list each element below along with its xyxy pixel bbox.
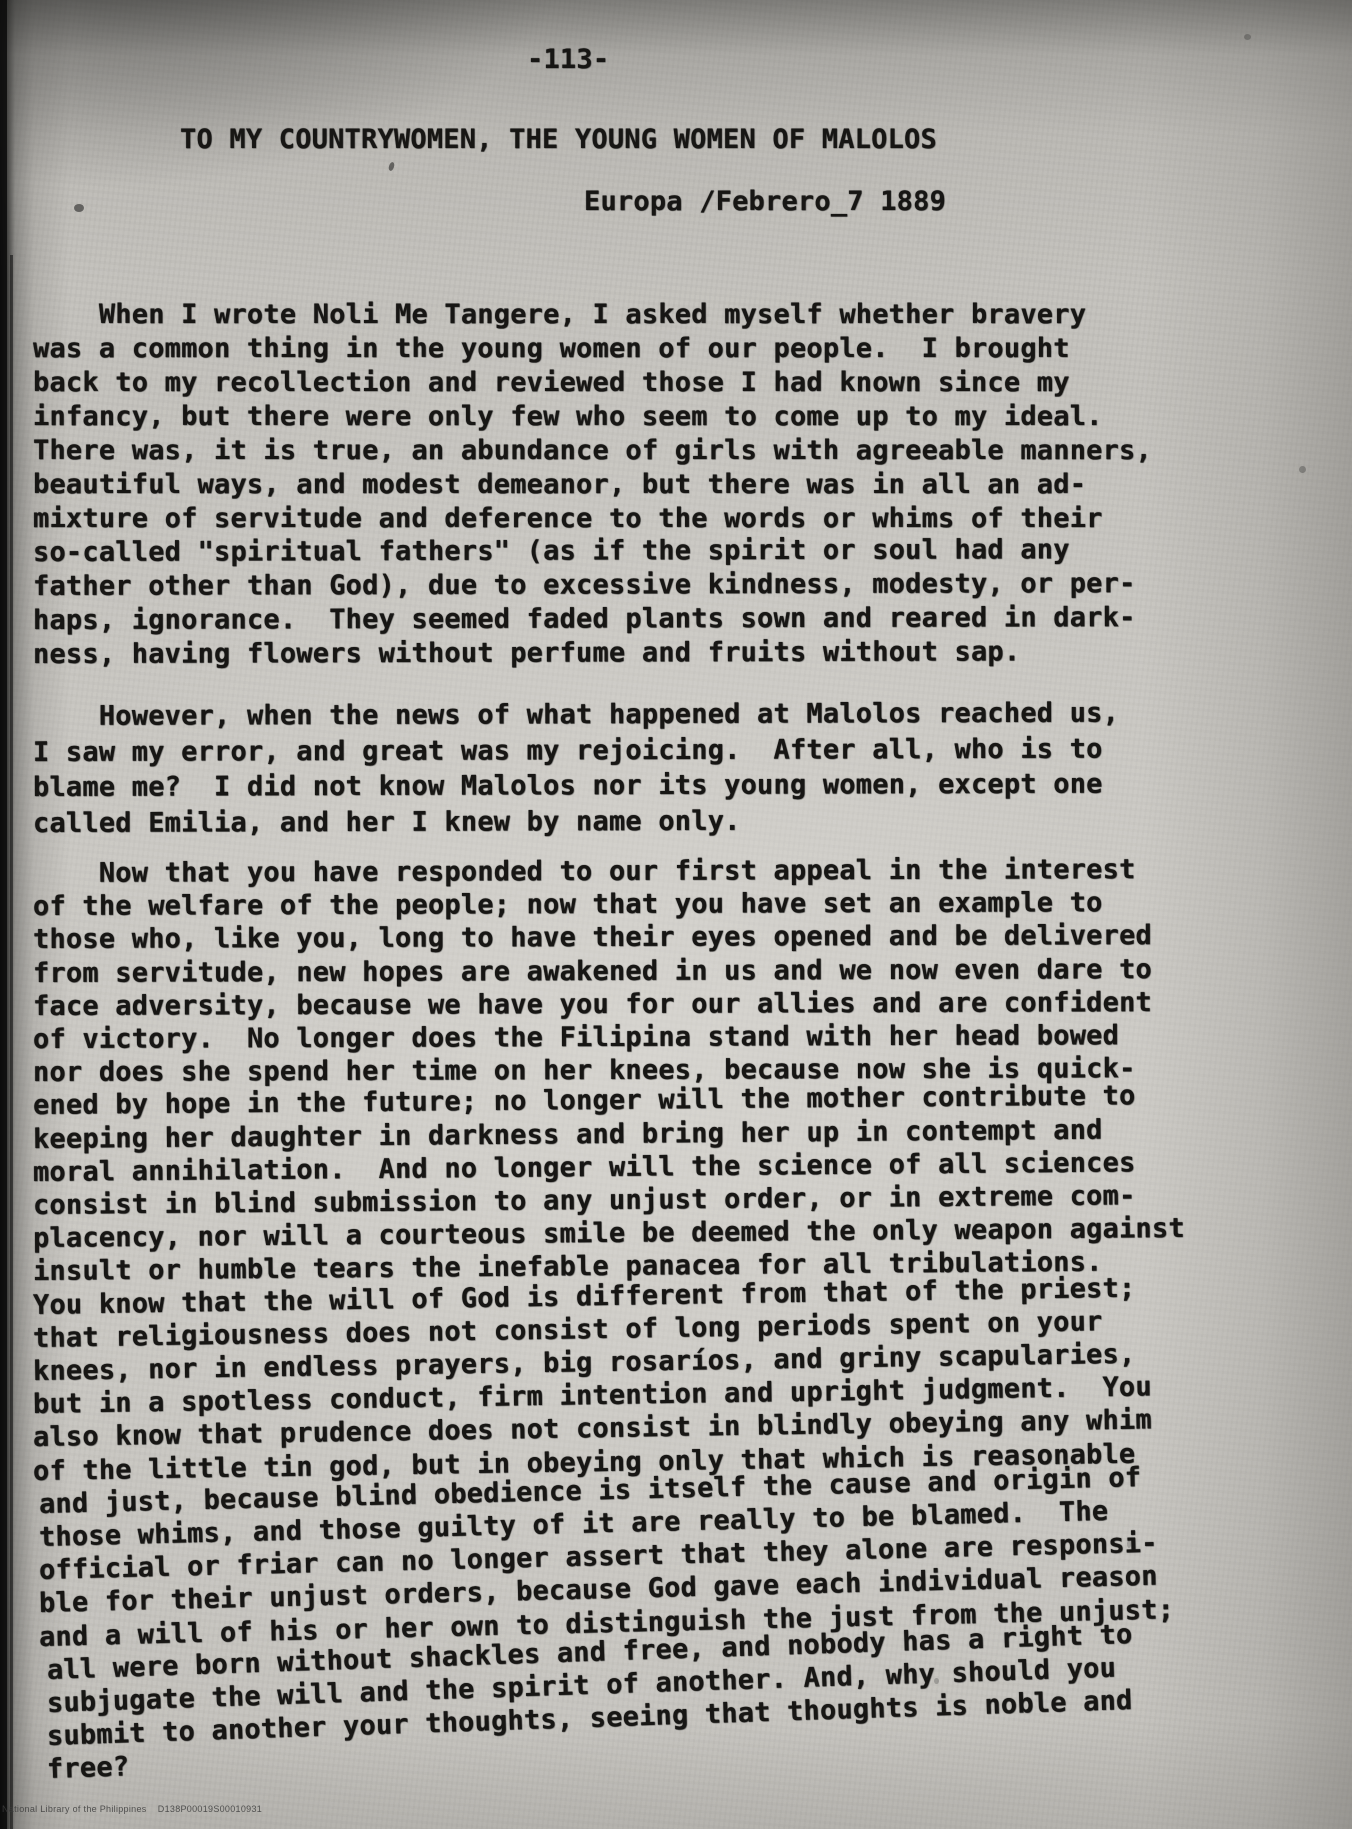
ink-speck — [1244, 34, 1251, 40]
typed-line: those who, like you, long to have their … — [33, 919, 1185, 956]
typed-line: of the welfare of the people; now that y… — [33, 886, 1185, 923]
page-number: -113- — [527, 44, 609, 75]
paragraph-2: However, when the news of what happened … — [33, 699, 1119, 841]
book-spine-shadow — [10, 255, 13, 1829]
typed-line: blame me? I did not know Malolos nor its… — [33, 767, 1119, 806]
ink-speck — [388, 161, 396, 171]
typed-line: When I wrote Noli Me Tangere, I asked my… — [33, 298, 1152, 332]
doc-title: TO MY COUNTRYWOMEN, THE YOUNG WOMEN OF M… — [180, 124, 937, 155]
scanned-page: -113- TO MY COUNTRYWOMEN, THE YOUNG WOME… — [0, 0, 1352, 1829]
typed-line: called Emilia, and her I knew by name on… — [33, 802, 1119, 841]
typed-line: father other than God), due to excessive… — [33, 567, 1152, 604]
typed-line: of victory. No longer does the Filipina … — [33, 1019, 1185, 1056]
dateline: Europa /Febrero_7 1889 — [584, 186, 946, 217]
typed-line: back to my recollection and reviewed tho… — [33, 366, 1152, 400]
typed-line: Now that you have responded to our first… — [33, 853, 1185, 890]
typed-line: so-called "spiritual fathers" (as if the… — [33, 533, 1152, 570]
typed-line: from servitude, new hopes are awakened i… — [33, 953, 1185, 990]
typed-line: beautiful ways, and modest demeanor, but… — [33, 468, 1152, 502]
ink-speck — [1127, 1540, 1131, 1548]
paragraph-1: When I wrote Noli Me Tangere, I asked my… — [33, 298, 1152, 672]
typed-line: However, when the news of what happened … — [33, 696, 1119, 735]
typed-line: infancy, but there were only few who see… — [33, 400, 1152, 434]
typed-line: was a common thing in the young women of… — [33, 332, 1152, 366]
typed-line: mixture of servitude and deference to th… — [33, 502, 1152, 536]
paragraph-3: Now that you have responded to our first… — [33, 857, 1185, 1787]
ink-speck — [548, 588, 557, 595]
scan-left-edge — [0, 0, 7, 1829]
ink-speck — [934, 1678, 939, 1684]
typed-line: ness, having flowers without perfume and… — [33, 635, 1152, 672]
ink-speck — [1299, 466, 1306, 473]
typed-line: haps, ignorance. They seemed faded plant… — [33, 601, 1152, 638]
typed-line: I saw my error, and great was my rejoici… — [33, 731, 1119, 770]
typed-line: There was, it is true, an abundance of g… — [33, 434, 1152, 468]
library-watermark: National Library of the Philippines D138… — [2, 1804, 262, 1814]
ink-speck — [74, 204, 84, 212]
typed-line: face adversity, because we have you for … — [33, 986, 1185, 1023]
